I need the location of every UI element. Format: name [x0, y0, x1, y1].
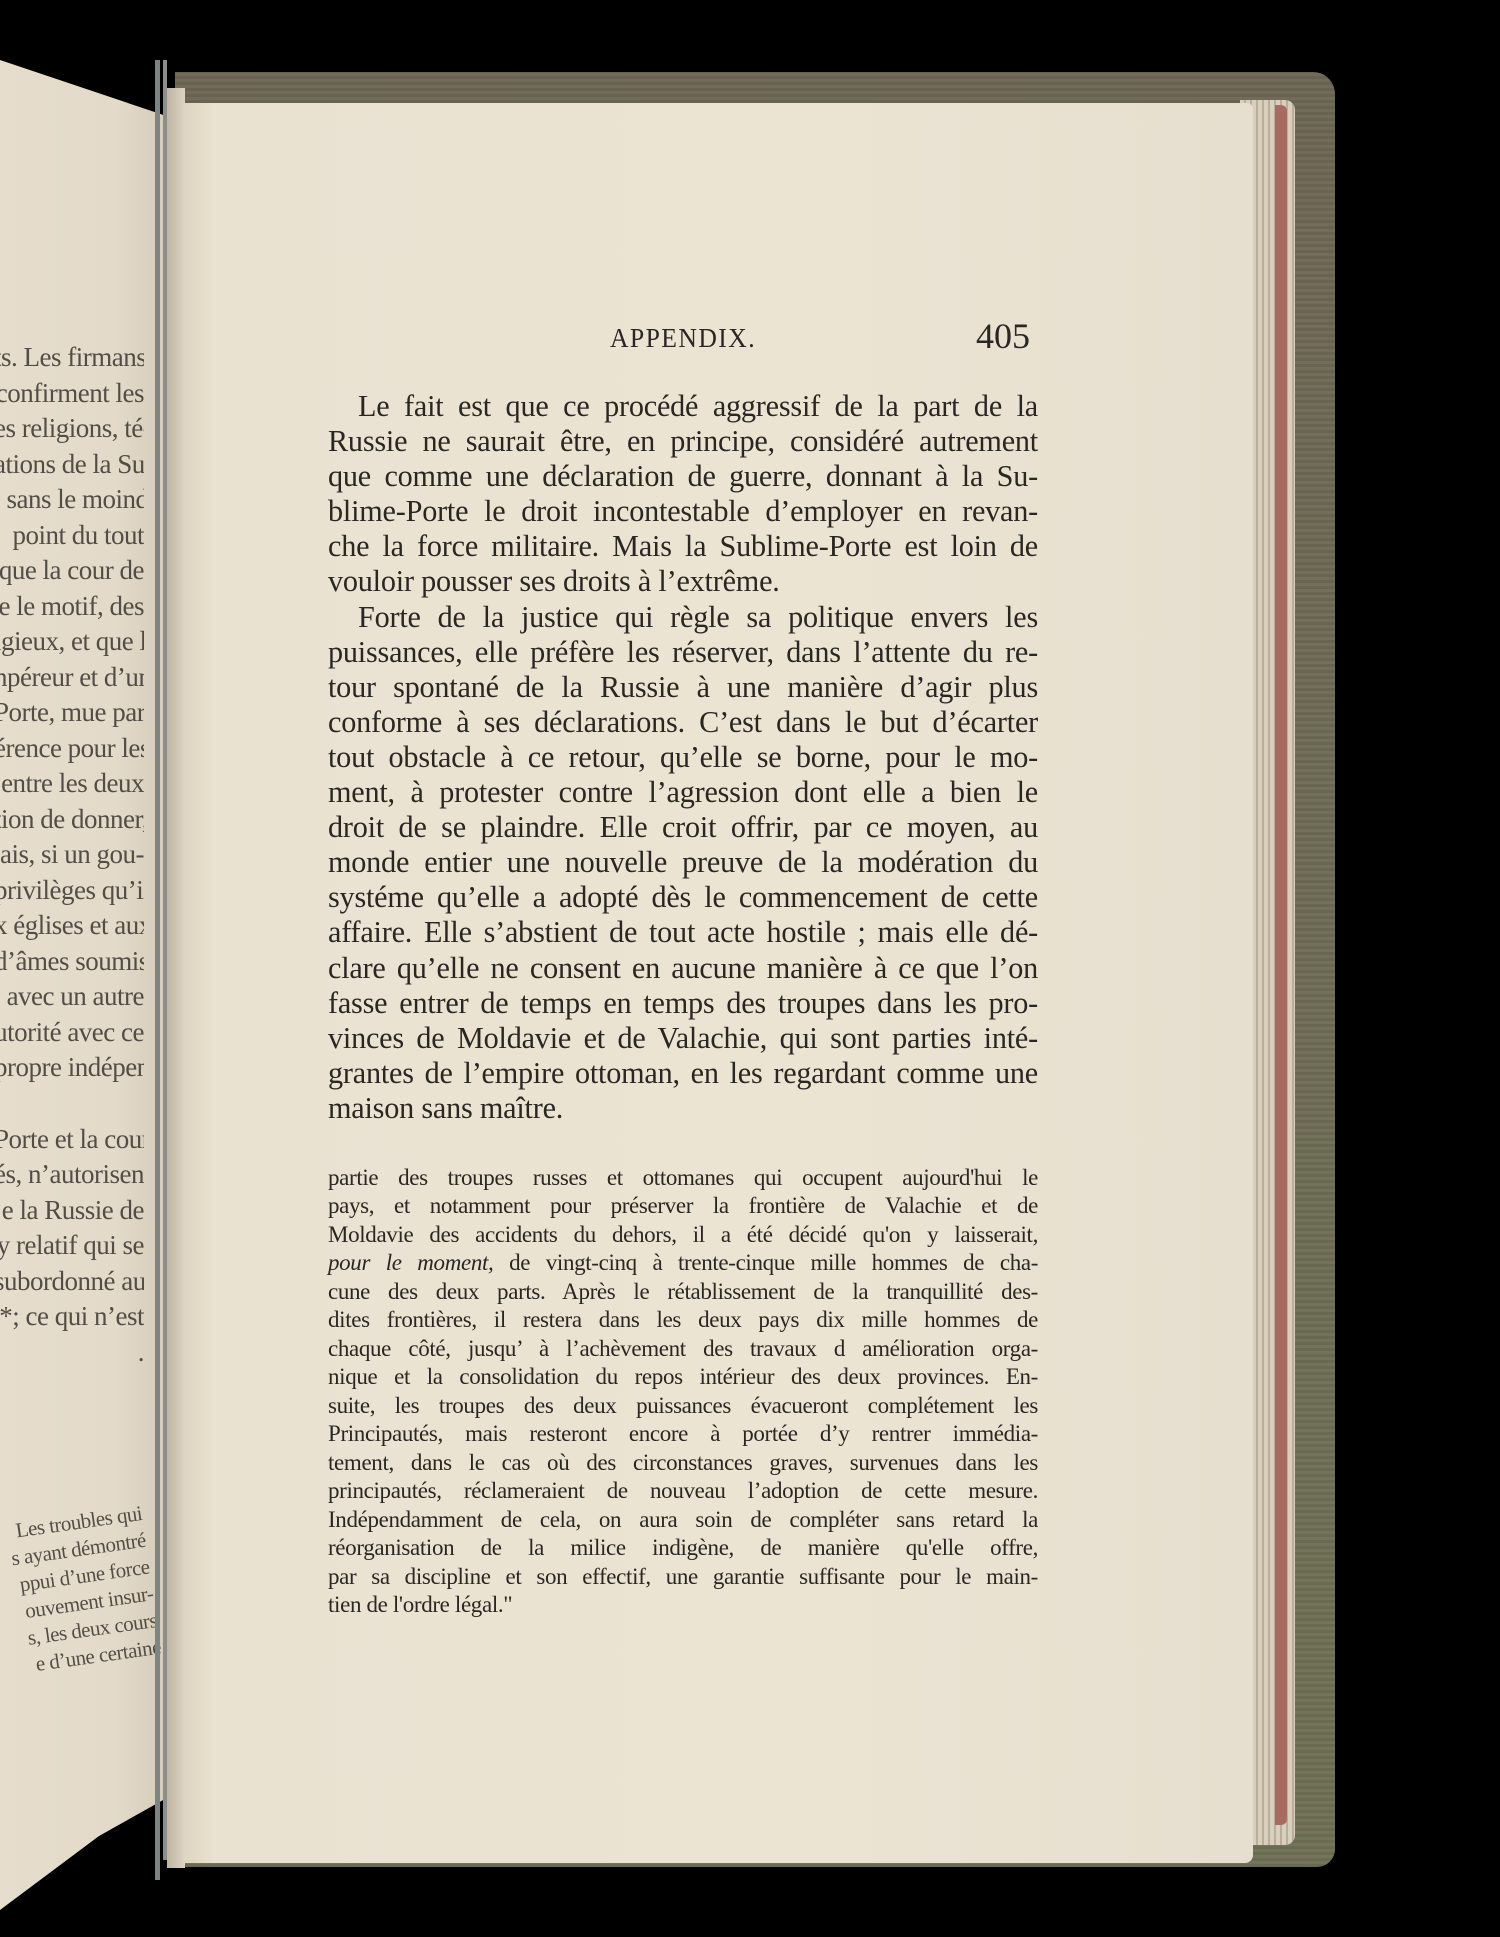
footnote-line: chaque côté, jusqu’ à l’achèvement des t… [328, 1335, 1038, 1364]
page-content: APPENDIX. 405 Le fait est que ce procédé… [328, 315, 1038, 1620]
body-text: Le fait est que ce procédé aggressif de … [328, 389, 1038, 1126]
body-line: vouloir pousser ses droits à l’extrême. [328, 564, 1038, 599]
left-page-line: entre les deux [0, 766, 144, 802]
footnote-line: Principautés, mais resteront encore à po… [328, 1420, 1038, 1449]
body-line: fasse entrer de temps en temps des troup… [328, 986, 1038, 1021]
left-page-line: point du tout [0, 518, 144, 554]
left-page-line: , sans le moindre [0, 482, 144, 518]
left-page-footnote: Les troubles quis ayant démontréppui d’u… [0, 1500, 163, 1683]
footnote-line: Moldavie des accidents du dehors, il a é… [328, 1221, 1038, 1250]
left-page-line: confirment les [0, 376, 144, 412]
page-number: 405 [976, 315, 1030, 357]
body-line: affaire. Elle s’abstient de tout acte ho… [328, 915, 1038, 950]
body-line: que comme une déclaration de guerre, don… [328, 459, 1038, 494]
body-line: clare qu’elle ne consent en aucune maniè… [328, 951, 1038, 986]
italic-phrase: pour le moment, [328, 1250, 493, 1275]
body-line: tout obstacle à ce retour, qu’elle se bo… [328, 740, 1038, 775]
left-page-line: igieux, et que la [0, 624, 144, 660]
footnote-line: par sa discipline et son effectif, une g… [328, 1563, 1038, 1592]
footnote-line: nique et la consolidation du repos intér… [328, 1363, 1038, 1392]
left-page-line: e la Russie de [0, 1193, 144, 1229]
body-line: puissances, elle préfère les réserver, d… [328, 635, 1038, 670]
body-line: Russie ne saurait être, en principe, con… [328, 424, 1038, 459]
left-page-line: utorité avec ce [0, 1015, 144, 1051]
body-line: tour spontané de la Russie à une manière… [328, 670, 1038, 705]
left-page-line: e le motif, des [0, 589, 144, 625]
left-page-line: que la cour de [0, 553, 144, 589]
footnote-line: suite, les troupes des deux puissances é… [328, 1392, 1038, 1421]
footnote-line: partie des troupes russes et ottomanes q… [328, 1164, 1038, 1193]
gutter-rail [155, 60, 160, 1880]
left-page-line: . [0, 1335, 144, 1371]
left-page-line: d’âmes soumise [0, 944, 144, 980]
left-page-line: ts. Les firmans [0, 340, 144, 376]
left-page-line: y relatif qui se [0, 1228, 144, 1264]
left-page-line: és, n’autorisent [0, 1157, 144, 1193]
footnote-line: tien de l'ordre légal." [328, 1591, 1038, 1620]
left-page-line: propre indépen- [0, 1050, 144, 1086]
left-page-line: subordonné au [0, 1264, 144, 1300]
footnote-line: pour le moment, de vingt-cinq à trente-c… [328, 1249, 1038, 1278]
footnote-line: pays, et notamment pour préserver la fro… [328, 1192, 1038, 1221]
running-head: APPENDIX. 405 [328, 315, 1038, 365]
left-page-line: x églises et aux [0, 908, 144, 944]
left-page-line: Porte, mue par [0, 695, 144, 731]
left-page-line: Porte et la cour [0, 1122, 144, 1158]
left-page: ts. Les firmansconfirment leses religion… [0, 60, 165, 1910]
footnote-line: dites frontières, il restera dans les de… [328, 1306, 1038, 1335]
footnote-line: Indépendamment de cela, on aura soin de … [328, 1506, 1038, 1535]
body-line: monde entier une nouvelle preuve de la m… [328, 845, 1038, 880]
left-page-line: privilèges qu’il [0, 873, 144, 909]
footnote-line: principautés, réclameraient de nouveau l… [328, 1477, 1038, 1506]
footnote-text: partie des troupes russes et ottomanes q… [328, 1164, 1038, 1620]
left-page-line: avec un autre [0, 979, 144, 1015]
body-line: maison sans maître. [328, 1091, 1038, 1126]
left-page-line: *; ce qui n’est [0, 1299, 144, 1335]
left-page-line: ais, si un gou- [0, 837, 144, 873]
left-page-line: érence pour les [0, 731, 144, 767]
left-page-line: ations de la Su- [0, 447, 144, 483]
body-line: grantes de l’empire ottoman, en les rega… [328, 1056, 1038, 1091]
body-line: blime-Porte le droit incontestable d’emp… [328, 494, 1038, 529]
body-line: Le fait est que ce procédé aggressif de … [328, 389, 1038, 424]
left-page-line: es religions, té- [0, 411, 144, 447]
body-line: conforme à ses déclarations. C’est dans … [328, 705, 1038, 740]
body-line: systéme qu’elle a adopté dès le commence… [328, 880, 1038, 915]
body-line: droit de se plaindre. Elle croit offrir,… [328, 810, 1038, 845]
body-line: che la force militaire. Mais la Sublime-… [328, 529, 1038, 564]
body-line: Forte de la justice qui règle sa politiq… [328, 600, 1038, 635]
footnote-line: tement, dans le cas où des circonstances… [328, 1449, 1038, 1478]
gutter-rail [163, 60, 167, 1860]
left-page-line: npéreur et d’une [0, 660, 144, 696]
footnote-line: cune des deux parts. Après le rétablisse… [328, 1278, 1038, 1307]
running-title: APPENDIX. [346, 323, 1021, 354]
left-page-line [0, 1086, 144, 1122]
body-line: vinces de Moldavie et de Valachie, qui s… [328, 1021, 1038, 1056]
left-page-text: ts. Les firmansconfirment leses religion… [0, 340, 144, 1370]
left-page-line: tion de donner, [0, 802, 144, 838]
red-page-edge [1275, 105, 1287, 1825]
footnote-line: réorganisation de la milice indigène, de… [328, 1534, 1038, 1563]
body-line: ment, à protester contre l’agression don… [328, 775, 1038, 810]
right-page: APPENDIX. 405 Le fait est que ce procédé… [183, 103, 1253, 1863]
